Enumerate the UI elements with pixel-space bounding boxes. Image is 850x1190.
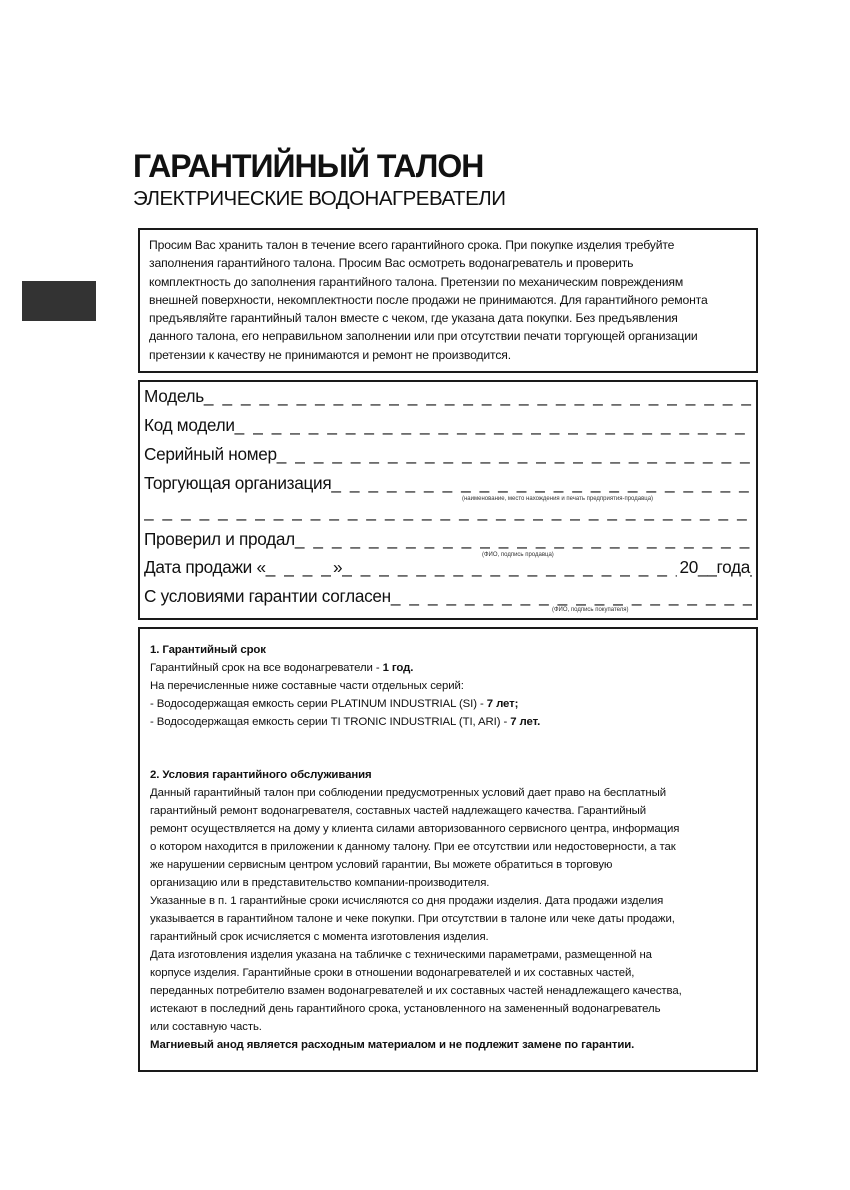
warranty-terms-box: 1. Гарантийный срок Гарантийный срок на …	[138, 627, 758, 1072]
terms-line: о котором находится в приложении к данно…	[150, 838, 746, 856]
term-bold: 7 лет;	[487, 698, 519, 710]
agree-field[interactable]: С условиями гарантии согласен_ _ _ _ _ _…	[144, 586, 752, 607]
intro-line: внешней поверхности, некомплектности пос…	[149, 291, 747, 309]
agree-blank[interactable]: _ _ _ _ _ _ _ _ _ _ _ _ _ _ _ _ _ _ _ _ …	[391, 586, 752, 606]
terms-line: Дата изготовления изделия указана на таб…	[150, 946, 746, 964]
terms-line: организацию или в представительство комп…	[150, 874, 746, 892]
model-code-blank[interactable]: _ _ _ _ _ _ _ _ _ _ _ _ _ _ _ _ _ _ _ _ …	[235, 415, 752, 435]
term-bold: 7 лет.	[510, 716, 540, 728]
terms-line: корпусе изделия. Гарантийные сроки в отн…	[150, 964, 746, 982]
terms-line: гарантийный ремонт водонагревателя, сост…	[150, 802, 746, 820]
terms-line: Указанные в п. 1 гарантийные сроки исчис…	[150, 892, 746, 910]
terms-line: же нарушении сервисным центром условий г…	[150, 856, 746, 874]
model-blank[interactable]: _ _ _ _ _ _ _ _ _ _ _ _ _ _ _ _ _ _ _ _ …	[204, 386, 752, 406]
intro-line: претензии к качеству не принимаются и ре…	[149, 346, 747, 364]
agree-caption: (ФИО, подпись покупателя)	[552, 607, 629, 613]
terms-line: - Водосодержащая емкость серии PLATINUM …	[150, 695, 746, 713]
serial-number-field[interactable]: Серийный номер_ _ _ _ _ _ _ _ _ _ _ _ _ …	[144, 444, 752, 465]
intro-line: данного талона, его неправильном заполне…	[149, 327, 747, 345]
model-code-field[interactable]: Код модели_ _ _ _ _ _ _ _ _ _ _ _ _ _ _ …	[144, 415, 752, 436]
sale-year[interactable]: 20__года	[677, 557, 750, 578]
intro-line: Просим Вас хранить талон в течение всего…	[149, 236, 747, 254]
checked-sold-blank[interactable]: _ _ _ _ _ _ _ _ _ _ _ _ _ _ _ _ _ _ _ _ …	[295, 529, 752, 549]
section2-heading: 2. Условия гарантийного обслуживания	[150, 766, 746, 784]
checked-sold-label: Проверил и продал	[144, 529, 295, 549]
terms-line: ремонт осуществляется на дому у клиента …	[150, 820, 746, 838]
checked-sold-field[interactable]: Проверил и продал_ _ _ _ _ _ _ _ _ _ _ _…	[144, 529, 752, 550]
terms-line: указывается в гарантийном талоне и чеке …	[150, 910, 746, 928]
terms-line: - Водосодержащая емкость серии TI TRONIC…	[150, 713, 746, 731]
intro-line: заполнения гарантийного талона. Просим В…	[149, 254, 747, 272]
section-tab-marker	[22, 281, 96, 321]
section1-heading: 1. Гарантийный срок	[150, 641, 746, 659]
page-title: ГАРАНТИЙНЫЙ ТАЛОН	[133, 147, 483, 185]
serial-number-label: Серийный номер	[144, 444, 277, 464]
term-text: - Водосодержащая емкость серии PLATINUM …	[150, 698, 487, 710]
intro-line: предъявляйте гарантийный талон вместе с …	[149, 309, 747, 327]
intro-notice-box: Просим Вас хранить талон в течение всего…	[138, 228, 758, 373]
agree-label: С условиями гарантии согласен	[144, 586, 391, 606]
anode-notice: Магниевый анод является расходным матери…	[150, 1036, 746, 1054]
year-suffix: года	[717, 557, 750, 577]
sale-day-blank[interactable]: _ _ _ _	[266, 557, 333, 577]
sale-date-label: Дата продажи «	[144, 557, 266, 577]
terms-line: На перечисленные ниже составные части от…	[150, 677, 746, 695]
model-code-label: Код модели	[144, 415, 235, 435]
terms-line: переданных потребителю взамен водонагрев…	[150, 982, 746, 1000]
model-field[interactable]: Модель_ _ _ _ _ _ _ _ _ _ _ _ _ _ _ _ _ …	[144, 386, 752, 407]
seller-org-field[interactable]: Торгующая организация_ _ _ _ _ _ _ _ _ _…	[144, 473, 752, 494]
spacer	[150, 731, 746, 766]
year-prefix: 20	[679, 557, 698, 577]
seller-org-label: Торгующая организация	[144, 473, 331, 493]
terms-line: Гарантийный срок на все водонагреватели …	[150, 659, 746, 677]
intro-line: комплектность до заполнения гарантийного…	[149, 273, 747, 291]
serial-number-blank[interactable]: _ _ _ _ _ _ _ _ _ _ _ _ _ _ _ _ _ _ _ _ …	[277, 444, 752, 464]
seller-org-field-line2[interactable]: _ _ _ _ _ _ _ _ _ _ _ _ _ _ _ _ _ _ _ _ …	[144, 501, 752, 522]
sale-date-field[interactable]: Дата продажи «_ _ _ _»_ _ _ _ _ _ _ _ _ …	[144, 557, 752, 578]
seller-org-blank-2[interactable]: _ _ _ _ _ _ _ _ _ _ _ _ _ _ _ _ _ _ _ _ …	[144, 501, 752, 521]
model-label: Модель	[144, 386, 204, 406]
sale-date-close-quote: »	[333, 557, 342, 577]
seller-org-blank[interactable]: _ _ _ _ _ _ _ _ _ _ _ _ _ _ _ _ _ _ _ _ …	[331, 473, 752, 493]
terms-line: или составную часть.	[150, 1018, 746, 1036]
page-subtitle: ЭЛЕКТРИЧЕСКИЕ ВОДОНАГРЕВАТЕЛИ	[133, 186, 505, 212]
terms-line: гарантийный срок исчисляется с момента и…	[150, 928, 746, 946]
term-text: Гарантийный срок на все водонагреватели …	[150, 662, 383, 674]
term-text: - Водосодержащая емкость серии TI TRONIC…	[150, 716, 510, 728]
terms-line: истекают в последний день гарантийного с…	[150, 1000, 746, 1018]
year-blank[interactable]: __	[698, 557, 717, 577]
warranty-form-box: Модель_ _ _ _ _ _ _ _ _ _ _ _ _ _ _ _ _ …	[138, 380, 758, 620]
term-bold: 1 год.	[383, 662, 414, 674]
terms-line: Данный гарантийный талон при соблюдении …	[150, 784, 746, 802]
